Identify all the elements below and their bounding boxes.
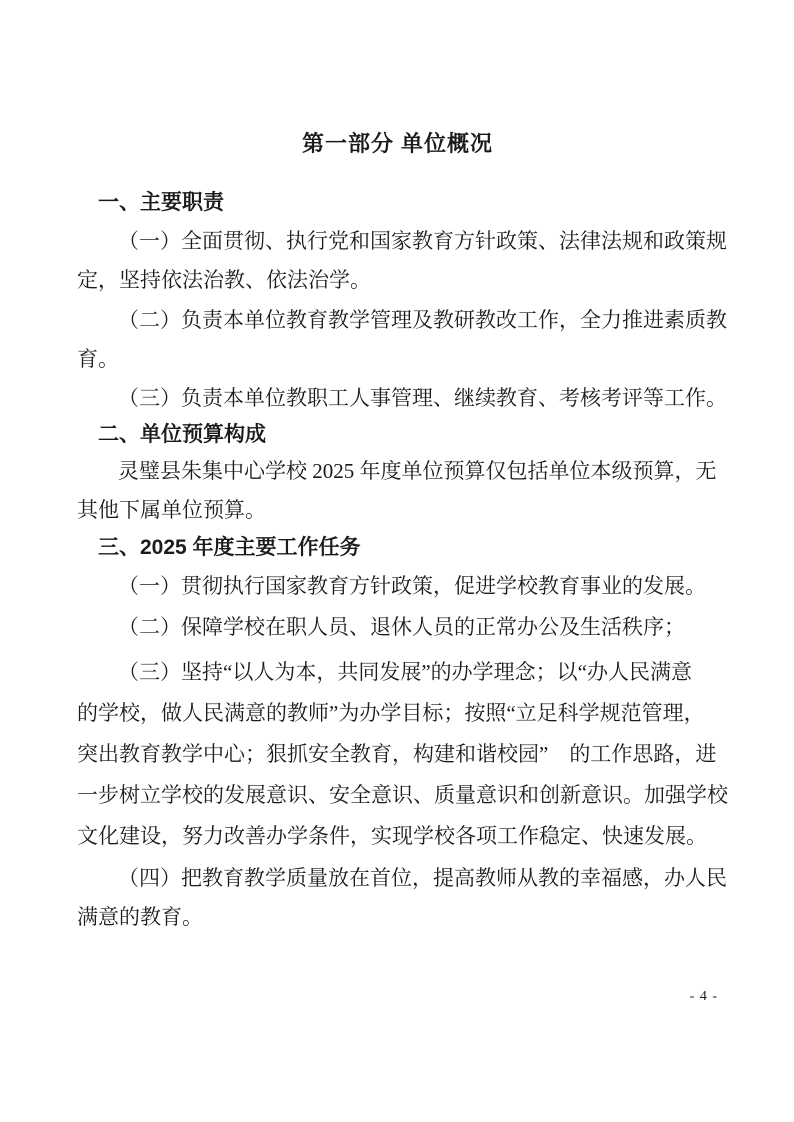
text-line: （一）全面贯彻、执行党和国家教育方针政策、法律法规和政策规 (77, 222, 718, 261)
text-line: （三）坚持“以人为本，共同发展”的办学理念；以“办人民满意 (77, 652, 718, 693)
text-line: 的学校，做人民满意的教师”为办学目标；按照“立足科学规范管理， (77, 693, 718, 734)
document-body: 一、主要职责（一）全面贯彻、执行党和国家教育方针政策、法律法规和政策规定，坚持依… (77, 183, 718, 937)
text-line: （一）贯彻执行国家教育方针政策，促进学校教育事业的发展。 (77, 567, 718, 606)
paragraph: （三）负责本单位教职工人事管理、继续教育、考核考评等工作。 (77, 379, 718, 418)
text-line: （三）负责本单位教职工人事管理、继续教育、考核考评等工作。 (77, 379, 718, 418)
text-line: 定，坚持依法治教、依法治学。 (77, 261, 718, 300)
section-heading: 一、主要职责 (77, 183, 718, 222)
text-line: 满意的教育。 (77, 898, 718, 937)
text-line: 文化建设，努力改善办学条件，实现学校各项工作稳定、快速发展。 (77, 816, 718, 857)
paragraph: （一）全面贯彻、执行党和国家教育方针政策、法律法规和政策规定，坚持依法治教、依法… (77, 222, 718, 300)
text-line: 一步树立学校的发展意识、安全意识、质量意识和创新意识。加强学校 (77, 775, 718, 816)
paragraph: （二）保障学校在职人员、退休人员的正常办公及生活秩序； (77, 608, 718, 647)
text-line: （二）保障学校在职人员、退休人员的正常办公及生活秩序； (77, 608, 718, 647)
paragraph: （四）把教育教学质量放在首位，提高教师从教的幸福感，办人民满意的教育。 (77, 859, 718, 937)
text-line: 其他下属单位预算。 (77, 491, 718, 530)
paragraph: 灵璧县朱集中心学校 2025 年度单位预算仅包括单位本级预算，无其他下属单位预算… (77, 452, 718, 530)
paragraph: （二）负责本单位教育教学管理及教研教改工作，全力推进素质教育。 (77, 301, 718, 379)
paragraph: （三）坚持“以人为本，共同发展”的办学理念；以“办人民满意的学校，做人民满意的教… (77, 652, 718, 857)
document-title: 第一部分 单位概况 (77, 128, 718, 160)
text-line: 育。 (77, 340, 718, 379)
document-page: 第一部分 单位概况 一、主要职责（一）全面贯彻、执行党和国家教育方针政策、法律法… (0, 0, 794, 1122)
document-content: 第一部分 单位概况 一、主要职责（一）全面贯彻、执行党和国家教育方针政策、法律法… (77, 0, 718, 937)
section-heading: 三、2025 年度主要工作任务 (77, 528, 718, 567)
text-line: 突出教育教学中心；狠抓安全教育，构建和谐校园” 的工作思路，进 (77, 734, 718, 775)
page-number: - 4 - (690, 989, 718, 1005)
text-line: 灵璧县朱集中心学校 2025 年度单位预算仅包括单位本级预算，无 (77, 452, 718, 491)
text-line: （四）把教育教学质量放在首位，提高教师从教的幸福感，办人民 (77, 859, 718, 898)
paragraph: （一）贯彻执行国家教育方针政策，促进学校教育事业的发展。 (77, 567, 718, 606)
section-heading: 二、单位预算构成 (77, 415, 718, 454)
text-line: （二）负责本单位教育教学管理及教研教改工作，全力推进素质教 (77, 301, 718, 340)
